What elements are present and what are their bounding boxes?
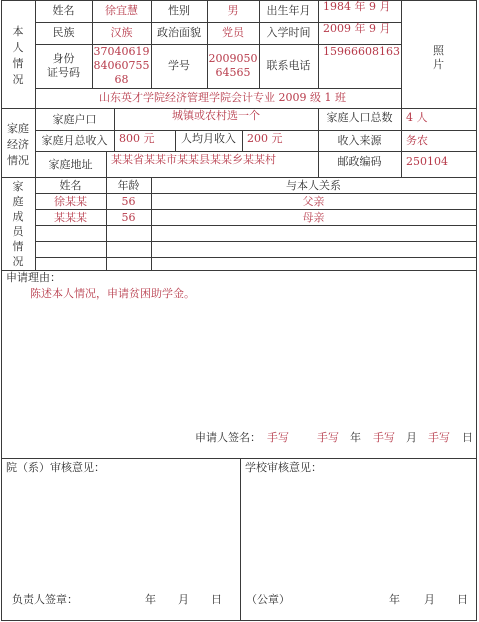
members-label-2: 庭 [1,195,35,209]
enroll-field[interactable]: 2009 年 9 月 [323,22,390,36]
section-divider [1,270,477,271]
sign-day-unit: 日 [462,431,473,445]
border-bottom [1,620,477,621]
sign-month-field[interactable]: 手写 [373,431,395,445]
section-divider [1,177,477,178]
postcode-field[interactable]: 250104 [406,155,448,169]
economy-label-2: 经济 [1,138,35,152]
school-year-unit: 年 [389,593,400,607]
id-label-2: 证号码 [35,66,92,80]
income-source-field[interactable]: 务农 [406,134,428,148]
college-signer-label: 负责人签章： [12,593,78,607]
sign-year-field[interactable]: 手写 [317,431,339,445]
college-review-label: 院（系）审核意见： [6,461,105,475]
row-line [35,88,401,89]
ethnicity-field[interactable]: 汉族 [92,26,151,40]
member-relation-field[interactable]: 父亲 [151,195,476,209]
address-field[interactable]: 某某省某某市某某县某某乡某某村 [111,153,276,167]
signature-label: 申请人签名： [195,431,261,445]
postcode-label: 邮政编码 [318,155,401,169]
col-line [318,0,319,88]
college-day-unit: 日 [211,593,222,607]
income-source-label: 收入来源 [318,134,401,148]
member-name-field[interactable]: 某某某 [35,211,106,225]
signature-field[interactable]: 手写 [267,431,289,445]
section-divider [1,458,477,459]
members-label-3: 成 [1,210,35,224]
family-size-field[interactable]: 4 人 [406,111,428,125]
member-name-field[interactable]: 徐某某 [35,195,106,209]
economy-label-3: 情况 [1,154,35,168]
hukou-label: 家庭户口 [35,113,114,127]
gender-field[interactable]: 男 [207,4,259,18]
gender-label: 性别 [151,4,207,18]
school-month-unit: 月 [424,593,435,607]
section-label-personal: 本人情况 [1,24,35,88]
name-label: 姓名 [35,4,92,18]
row-line [35,130,476,131]
reason-text[interactable]: 陈述本人情况，申请贫困助学金。 [30,287,195,301]
row-line [35,209,476,210]
address-label: 家庭地址 [35,158,106,172]
economy-label-1: 家庭 [1,122,35,136]
name-field[interactable]: 徐宜慧 [92,4,151,18]
id-label-1: 身份 [35,52,92,66]
college-month-unit: 月 [178,593,189,607]
photo-label-1: 照 [401,44,476,58]
row-line [35,225,476,226]
col-line [401,108,402,177]
border-left [1,0,2,621]
review-divider [240,458,241,621]
hukou-field[interactable]: 城镇或农村选一个 [114,109,318,123]
reason-label: 申请理由： [6,271,61,285]
sign-month-unit: 月 [406,431,417,445]
school-day-unit: 日 [457,593,468,607]
per-capita-field[interactable]: 200 元 [247,132,283,146]
members-label-1: 家 [1,180,35,194]
class-info-field[interactable]: 山东英才学院经济管理学院会计专业 2009 级 1 班 [99,91,346,105]
phone-field[interactable]: 15966608163 [323,45,400,59]
row-line [35,257,476,258]
border-top [1,0,477,1]
school-seal-label: （公章） [246,593,290,607]
member-header-relation: 与本人关系 [151,179,476,193]
enroll-label: 入学时间 [259,26,318,40]
sign-year-unit: 年 [350,431,361,445]
id-field-line-3[interactable]: 68 [92,73,151,87]
student-no-line-2[interactable]: 64565 [207,66,259,80]
per-capita-label: 人均月收入 [175,132,242,146]
members-label-4: 员 [1,225,35,239]
member-age-field[interactable]: 56 [106,211,151,225]
member-relation-field[interactable]: 母亲 [151,211,476,225]
id-field-line-1[interactable]: 37040619 [92,45,151,59]
student-no-label: 学号 [151,59,207,73]
members-label-5: 情 [1,240,35,254]
political-field[interactable]: 党员 [207,26,259,40]
row-line [35,151,476,152]
members-label-6: 况 [1,255,35,269]
aid-application-form: 本人情况 姓名 徐宜慧 性别 男 出生年月 1984 年 9 月 民族 汉族 政… [0,0,479,622]
row-line [35,193,476,194]
political-label: 政治面貌 [151,26,207,40]
photo-label-2: 片 [401,58,476,72]
birth-label: 出生年月 [259,4,318,18]
member-age-field[interactable]: 56 [106,195,151,209]
income-label: 家庭月总收入 [35,134,114,148]
college-year-unit: 年 [145,593,156,607]
income-field[interactable]: 800 元 [119,132,155,146]
student-no-line-1[interactable]: 2009050 [207,52,259,66]
sign-day-field[interactable]: 手写 [428,431,450,445]
col-line [106,151,107,177]
member-header-age: 年龄 [106,179,151,193]
birth-field[interactable]: 1984 年 9 月 [323,0,390,14]
member-header-name: 姓名 [35,179,106,193]
row-line [35,241,476,242]
border-right [476,0,477,621]
col-line [242,130,243,151]
family-size-label: 家庭人口总数 [318,111,401,125]
phone-label: 联系电话 [259,59,318,73]
school-review-label: 学校审核意见： [245,461,322,475]
ethnicity-label: 民族 [35,26,92,40]
id-field-line-2[interactable]: 84060755 [92,59,151,73]
